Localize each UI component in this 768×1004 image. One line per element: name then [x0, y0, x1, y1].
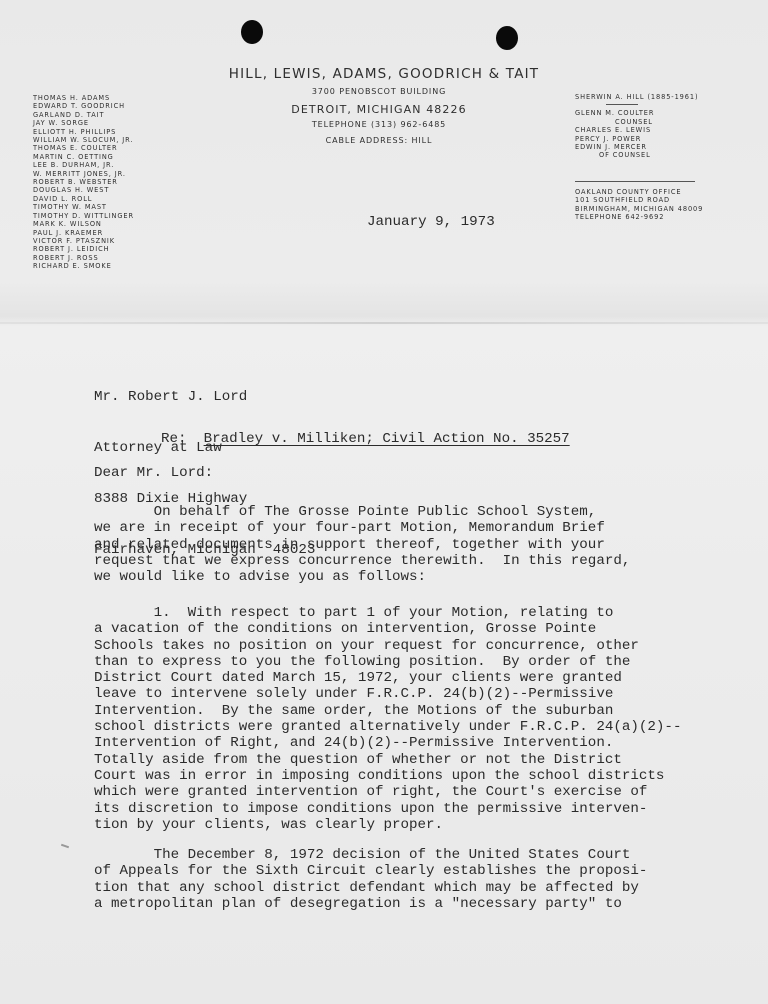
counsel-name: GLENN M. COULTER	[575, 109, 698, 117]
oakland-office-line: OAKLAND COUNTY OFFICE	[575, 188, 703, 196]
partner-name: ROBERT J. LEIDICH	[33, 245, 134, 253]
paragraph-line: a vacation of the conditions on interven…	[94, 621, 681, 637]
punch-hole-icon	[496, 26, 518, 50]
paragraph-line: Totally aside from the question of wheth…	[94, 752, 681, 768]
partner-name: WILLIAM W. SLOCUM, JR.	[33, 136, 134, 144]
divider	[606, 104, 638, 105]
re-label: Re:	[161, 431, 187, 447]
re-subject: Bradley v. Milliken; Civil Action No. 35…	[204, 431, 570, 447]
margin-mark	[61, 844, 69, 849]
partner-name: GARLAND D. TAIT	[33, 111, 134, 119]
partner-name: ELLIOTT H. PHILLIPS	[33, 128, 134, 136]
partner-name: ROBERT J. ROSS	[33, 254, 134, 262]
divider	[575, 181, 695, 182]
paragraph-line: leave to intervene solely under F.R.C.P.…	[94, 686, 681, 702]
paragraph-line: of Appeals for the Sixth Circuit clearly…	[94, 863, 647, 879]
paragraph-line: we are in receipt of your four-part Moti…	[94, 520, 630, 536]
paragraph-line: The December 8, 1972 decision of the Uni…	[94, 847, 647, 863]
paragraph-line: than to express to you the following pos…	[94, 654, 681, 670]
counsel-name: EDWIN J. MERCER	[575, 143, 698, 151]
partner-name: RICHARD E. SMOKE	[33, 262, 134, 270]
letter-date: January 9, 1973	[367, 214, 495, 230]
recipient-line: Mr. Robert J. Lord	[94, 389, 315, 406]
body-paragraph: 1. With respect to part 1 of your Motion…	[94, 605, 681, 833]
partner-name: THOMAS E. COULTER	[33, 144, 134, 152]
partner-name: MARK K. WILSON	[33, 220, 134, 228]
paragraph-line: tion by your clients, was clearly proper…	[94, 817, 681, 833]
paragraph-line: its discretion to impose conditions upon…	[94, 801, 681, 817]
partners-list: THOMAS H. ADAMSEDWARD T. GOODRICHGARLAND…	[33, 94, 134, 271]
partner-name: LEE B. DURHAM, JR.	[33, 161, 134, 169]
counsel-name: CHARLES E. LEWIS	[575, 126, 698, 134]
oakland-office-line: 101 SOUTHFIELD ROAD	[575, 196, 703, 204]
counsel-name: PERCY J. POWER	[575, 135, 698, 143]
partner-name: TIMOTHY D. WITTLINGER	[33, 212, 134, 220]
paragraph-line: On behalf of The Grosse Pointe Public Sc…	[94, 504, 630, 520]
salutation: Dear Mr. Lord:	[94, 465, 213, 481]
paragraph-line: Intervention of Right, and 24(b)(2)--Per…	[94, 735, 681, 751]
firm-name: HILL, LEWIS, ADAMS, GOODRICH & TAIT	[0, 66, 768, 82]
paragraph-line: we would like to advise you as follows:	[94, 569, 630, 585]
paragraph-line: 1. With respect to part 1 of your Motion…	[94, 605, 681, 621]
paragraph-line: tion that any school district defendant …	[94, 880, 647, 896]
letter-page: HILL, LEWIS, ADAMS, GOODRICH & TAIT 3700…	[0, 0, 768, 1004]
paragraph-line: Court was in error in imposing condition…	[94, 768, 681, 784]
partner-name: DOUGLAS H. WEST	[33, 186, 134, 194]
partner-name: JAY W. SORGE	[33, 119, 134, 127]
partner-name: W. MERRITT JONES, JR.	[33, 170, 134, 178]
partner-name: ROBERT B. WEBSTER	[33, 178, 134, 186]
paragraph-line: a metropolitan plan of desegregation is …	[94, 896, 647, 912]
partner-name: MARTIN C. OETTING	[33, 153, 134, 161]
partner-name: TIMOTHY W. MAST	[33, 203, 134, 211]
paper-fold-line	[0, 322, 768, 324]
punch-hole-icon	[241, 20, 263, 44]
re-line: Re: Bradley v. Milliken; Civil Action No…	[161, 431, 570, 447]
paragraph-line: Intervention. By the same order, the Mot…	[94, 703, 681, 719]
oakland-office: OAKLAND COUNTY OFFICE 101 SOUTHFIELD ROA…	[575, 188, 703, 222]
paragraph-line: District Court dated March 15, 1972, you…	[94, 670, 681, 686]
paragraph-line: which were granted intervention of right…	[94, 784, 681, 800]
partner-name: DAVID L. ROLL	[33, 195, 134, 203]
counsel-title: OF COUNSEL	[575, 151, 698, 159]
counsel-title: COUNSEL	[575, 118, 698, 126]
oakland-office-line: TELEPHONE 642-9692	[575, 213, 703, 221]
partner-name: VICTOR F. PTASZNIK	[33, 237, 134, 245]
partner-name: THOMAS H. ADAMS	[33, 94, 134, 102]
partner-name: PAUL J. KRAEMER	[33, 229, 134, 237]
paragraph-line: request that we express concurrence ther…	[94, 553, 630, 569]
body-paragraph: On behalf of The Grosse Pointe Public Sc…	[94, 504, 630, 585]
body-paragraph: The December 8, 1972 decision of the Uni…	[94, 847, 647, 912]
paragraph-line: Schools takes no position on your reques…	[94, 638, 681, 654]
paragraph-line: and related documents in support thereof…	[94, 537, 630, 553]
partner-name: EDWARD T. GOODRICH	[33, 102, 134, 110]
founder: SHERWIN A. HILL (1885-1961)	[575, 93, 698, 101]
counsel-list: SHERWIN A. HILL (1885-1961) GLENN M. COU…	[575, 93, 698, 160]
paragraph-line: school districts were granted alternativ…	[94, 719, 681, 735]
oakland-office-line: BIRMINGHAM, MICHIGAN 48009	[575, 205, 703, 213]
